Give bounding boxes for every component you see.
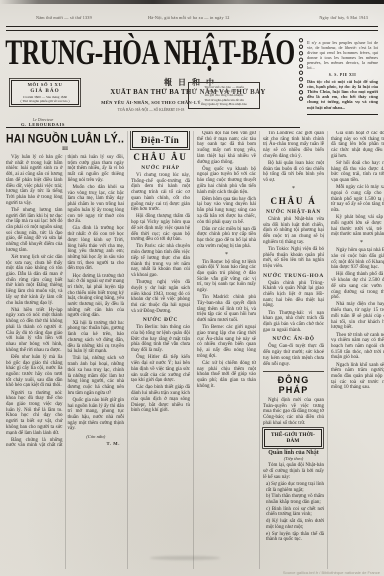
paragraph: Nghị định mới của quan Toàn-quyền về việ… xyxy=(263,398,324,427)
paragraph: Kỳ phát bông vải sắp tới, mỗi người lớn … xyxy=(331,215,384,238)
paragraph: Các đạo binh thiết giáp đã đánh lui nhiề… xyxy=(131,385,190,414)
ornament-chain xyxy=(297,37,305,101)
notice-box: Tin bài viết cho báo — muốnđăng vặt, sổ … xyxy=(188,82,260,109)
section-heading: CHÂU ÂU xyxy=(131,152,190,162)
page-body: HAI NGUỒN LUÂN LÝ... III Vậy luân lý có … xyxy=(6,131,384,569)
country-heading: NƯỚC TRUNG-HOA xyxy=(263,273,324,279)
list-item: b) Tinh thần thượng võ thấm nhuần khắp t… xyxy=(263,494,324,505)
paragraph: Trái lại, những sách vở tranh ảnh bại ho… xyxy=(68,356,125,396)
list-item: c) Binh lính coi sự chết nơi chiến trườn… xyxy=(263,507,324,518)
country-heading: NƯỚC ĐỨC xyxy=(131,317,190,323)
paragraph: Hội đồng thượng thẩm đã họp tại Vichy ng… xyxy=(131,214,190,243)
price-box: MỖI SỐ 3 XU GIÁ BÁO Cả năm 3$00 — Sáu th… xyxy=(11,80,79,105)
paragraph: Vậy luân lý có bản gốc thứ nhất ở trong … xyxy=(6,155,63,206)
paragraph: Ngày hôm qua tại nhà Đấu-xảo có cuộc bán… xyxy=(331,248,384,271)
paragraph: Tin Berlin: bản thông cáo của bộ tổng tư… xyxy=(131,325,190,354)
masthead-quote-block: Il n'y a pour les peuples qu'une loi de … xyxy=(307,40,378,115)
quote-vietnamese: Dân tộc chỉ có một cái luật để sống còn,… xyxy=(307,79,378,110)
separator: * xyxy=(263,186,324,192)
column-local-news: Giá sinh hoạt ở các đô thị tháng này so … xyxy=(327,131,384,569)
paragraph: Hội đồng thành phố đã bàn về khoản dự ch… xyxy=(331,272,384,301)
separator: * xyxy=(197,252,256,258)
paragraph: Học đường là trường thứ hai: ở đó ngoài … xyxy=(68,274,125,320)
paragraph: Ngạch lính khố xanh sẽ mộ thêm năm trăm … xyxy=(331,363,384,392)
paragraph: Xét trong lịch sử các dân tộc xưa nay, c… xyxy=(6,255,63,306)
paragraph: Nhà máy điện cho hay: vì thiếu than, từ … xyxy=(331,302,384,331)
separator: * xyxy=(331,240,384,246)
continuation-note: (Còn nữa) xyxy=(68,434,125,439)
article-headline: HAI NGUỒN LUÂN LÝ... xyxy=(6,132,124,146)
quote-attribution: S. S. PIE XII xyxy=(307,73,378,77)
paragraph: Bộ hải quân loan báo: một đoàn tàu buôn … xyxy=(263,161,324,184)
paragraph: Thế nhưng lương tâm người đời lắm khi bị… xyxy=(6,208,63,254)
list-item: e) Sự luyện tập thân thể đã thành ra quố… xyxy=(263,532,324,543)
paragraph: Giá sinh hoạt ở các đô thị tháng này so … xyxy=(331,131,384,160)
region-heading: ĐÔNG PHÁP xyxy=(263,371,324,395)
paragraph: Quân đội hai bên vẫn giữ thế thủ ở mạn n… xyxy=(197,131,256,165)
paragraph: Muốn cho dân khỏi sa vào vòng truỵ lạc, … xyxy=(68,185,125,225)
newspaper-page: Năm thứ mười — số thứ 1339 Hà-Nội, giá b… xyxy=(0,0,384,576)
publication-info: Hà-Nội, giá bán mỗi số ba xu — in ngày 1… xyxy=(148,15,230,20)
paragraph: Quân chính phủ Trùng-Khánh và quân Nhật … xyxy=(263,281,324,310)
paragraph: Tin Londres: các giới quan sát cho rằng … xyxy=(263,131,324,160)
subscription-note: ( Thư từ ngân phiếu gửi về toà báo ) xyxy=(13,99,77,103)
paragraph: Ông Gan-đi tuyệt thực đã đến ngày thứ mư… xyxy=(263,344,324,367)
paragraph: Đêm hôm qua tàu bay địch lại bay vào vùn… xyxy=(197,197,256,226)
column-asia-indochina: Tin Londres: các giới quan sát cho rằng … xyxy=(259,131,324,569)
paragraph: Người ta thường nói: khoa học đủ thay th… xyxy=(6,391,63,437)
header-double-rule xyxy=(6,26,378,31)
paragraph: Theo tờ trình sở canh nông, vụ chiêm năm… xyxy=(331,333,384,362)
country-heading: NƯỚC NHẬT-BẢN xyxy=(263,209,324,215)
paragraph: Tin Paris: các nhà chuyên môn đương bàn … xyxy=(131,244,190,278)
list-item: a) Sự giáo dục trong trại lính rất là ng… xyxy=(263,482,324,493)
paragraph: Vì chưng trong lúc này, Thống-chế quốc-t… xyxy=(131,173,190,213)
paragraph: Sở hối đoái cho hay: ngân hàng đã thu và… xyxy=(331,161,384,184)
column-europe-cont: Quân đội hai bên vẫn giữ thế thủ ở mạn n… xyxy=(193,131,256,569)
feature-box-title: THẾ-GIỚI THỜI-ĐÀM xyxy=(264,429,322,447)
paragraph: Đến như luân lý mà lìa bỏ gốc đạo giáo t… xyxy=(6,355,63,389)
paragraph: Ông Hitler đã tiếp kiến viên đại sứ nước… xyxy=(131,355,190,384)
paragraph: Nhà hiền triết Hy-lạp ngày xưa có nói: m… xyxy=(6,308,63,354)
telegram-box-title: Điện-Tín xyxy=(132,131,188,148)
header-bottom-rule xyxy=(6,127,300,128)
newspaper-title: TRUNG-HÒA NHẬT-BÁO xyxy=(0,34,301,74)
paragraph: Dân cư các miền bị nạn đã được chính phủ… xyxy=(197,227,256,250)
paragraph: Tin Thượng-hải: vì nạn khan gạo, nhà chứ… xyxy=(263,311,324,334)
article-hai-nguon-luan-ly: HAI NGUỒN LUÂN LÝ... III Vậy luân lý có … xyxy=(6,131,124,569)
price-heading: GIÁ BÁO xyxy=(13,88,77,94)
digitization-credit: Source gallica.bnf.fr / Bibliothèque nat… xyxy=(283,570,380,575)
paragraph: Tin Madrid: chính phủ Tây-ban-nha đã quy… xyxy=(197,295,256,324)
text-line: Ông Quản-lý Trung-Hòa nhật-báo xyxy=(191,102,257,106)
paragraph: Tóm lại, quân đội Nhật-bản sở dĩ cường t… xyxy=(263,463,324,480)
paragraph: Tin Tokio: Nghị viện đã bỏ phiếu thuận k… xyxy=(263,247,324,270)
paragraph: Gia đình là trường học thứ nhất: ở đó co… xyxy=(68,226,125,272)
country-heading: NƯỚC PHÁP xyxy=(131,165,190,171)
subscription-rates: Cả năm 3$00 — Sáu tháng 1$60 xyxy=(13,95,77,99)
signature: T. M. xyxy=(68,441,125,446)
section-marker: III xyxy=(6,147,124,152)
column-telegram: Điện-TínCHÂU ÂUNƯỚC PHÁPVì chưng trong l… xyxy=(127,131,190,569)
director-block: Le Directeur G. LEBOURDAIS xyxy=(11,117,75,127)
paragraph: Quốc gia nào biết giữ gìn hai nguồn luân… xyxy=(68,398,125,432)
scan-edge-shadow xyxy=(0,0,384,4)
scan-smudge xyxy=(150,556,220,560)
paragraph: Chính phủ Nhật-bản vừa sửa đổi hình luật… xyxy=(263,217,324,246)
continuation-label: (Tiếp theo) xyxy=(263,456,324,461)
section-heading: CHÂU Á xyxy=(263,196,324,206)
paragraph: Mỗi ngày các lò máy xay ở ngoại ô cung c… xyxy=(331,185,384,214)
quote-french: Il n'y a pour les peuples qu'une loi de … xyxy=(307,40,378,71)
paragraph: Thượng nghị viện đã duyệt y dự luật ngân… xyxy=(131,280,190,314)
paragraph: Các xứ bị chiếm đóng từ nay phải chịu th… xyxy=(197,361,256,390)
paragraph: Ông quốc vụ khanh bộ ngoại giao tuyên bố… xyxy=(197,167,256,196)
issue-date: Ngày thứ bảy, 6 Mai 1943 xyxy=(319,15,368,20)
issue-number: Năm thứ mười — số thứ 1339 xyxy=(36,15,92,20)
article-subhead: Quân lính của Nhật xyxy=(263,450,324,456)
paragraph: Tin Berne: các giới ngoại giao trung lập… xyxy=(197,325,256,359)
paragraph: Xã hội là trường thứ ba: phong tục thuần… xyxy=(68,321,125,355)
list-item: d) Kỷ luật sắt đá, trên dưới một lòng nh… xyxy=(263,519,324,530)
country-heading: NƯỚC ẤN-ĐỘ xyxy=(263,336,324,342)
paragraph: Tin Rome: bộ tổng tư lệnh quân đội Ý loa… xyxy=(197,260,256,294)
price-per-issue: MỖI SỐ 3 XU xyxy=(13,82,77,87)
